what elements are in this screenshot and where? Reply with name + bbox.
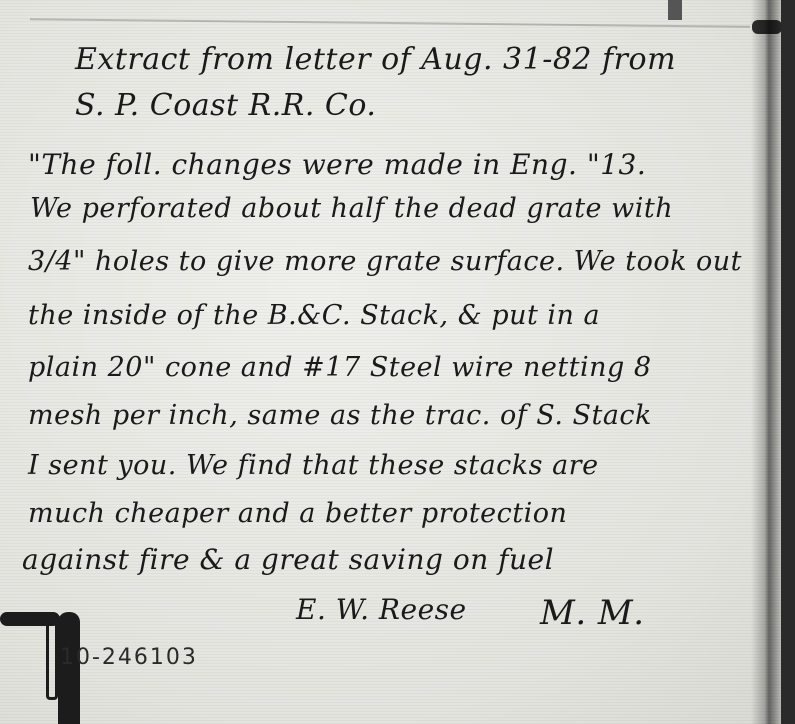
body-line: 3/4" holes to give more grate surface. W… bbox=[28, 246, 742, 277]
body-line: We perforated about half the dead grate … bbox=[30, 193, 673, 224]
body-line: the inside of the B.&C. Stack, & put in … bbox=[28, 300, 600, 331]
signature-name: E. W. Reese bbox=[296, 593, 467, 626]
body-line: against fire & a great saving on fuel bbox=[22, 543, 554, 576]
body-line: plain 20" cone and #17 Steel wire nettin… bbox=[28, 352, 652, 383]
page-edge bbox=[781, 0, 795, 724]
body-line: "The foll. changes were made in Eng. "13… bbox=[28, 148, 646, 181]
letter-page: Extract from letter of Aug. 31-82 from S… bbox=[0, 0, 795, 724]
page-top-rule bbox=[30, 18, 750, 28]
body-line: much cheaper and a better protection bbox=[28, 498, 567, 529]
page-tab-mark bbox=[668, 0, 682, 20]
body-line: mesh per inch, same as the trac. of S. S… bbox=[28, 400, 652, 431]
binding-shadow bbox=[751, 0, 781, 724]
signature-title: M. M. bbox=[540, 593, 645, 633]
heading-line-2: S. P. Coast R.R. Co. bbox=[75, 88, 376, 123]
body-line: I sent you. We find that these stacks ar… bbox=[28, 450, 599, 481]
heading-line-1: Extract from letter of Aug. 31-82 from bbox=[75, 42, 676, 77]
reference-number: 10-246103 bbox=[60, 645, 198, 670]
